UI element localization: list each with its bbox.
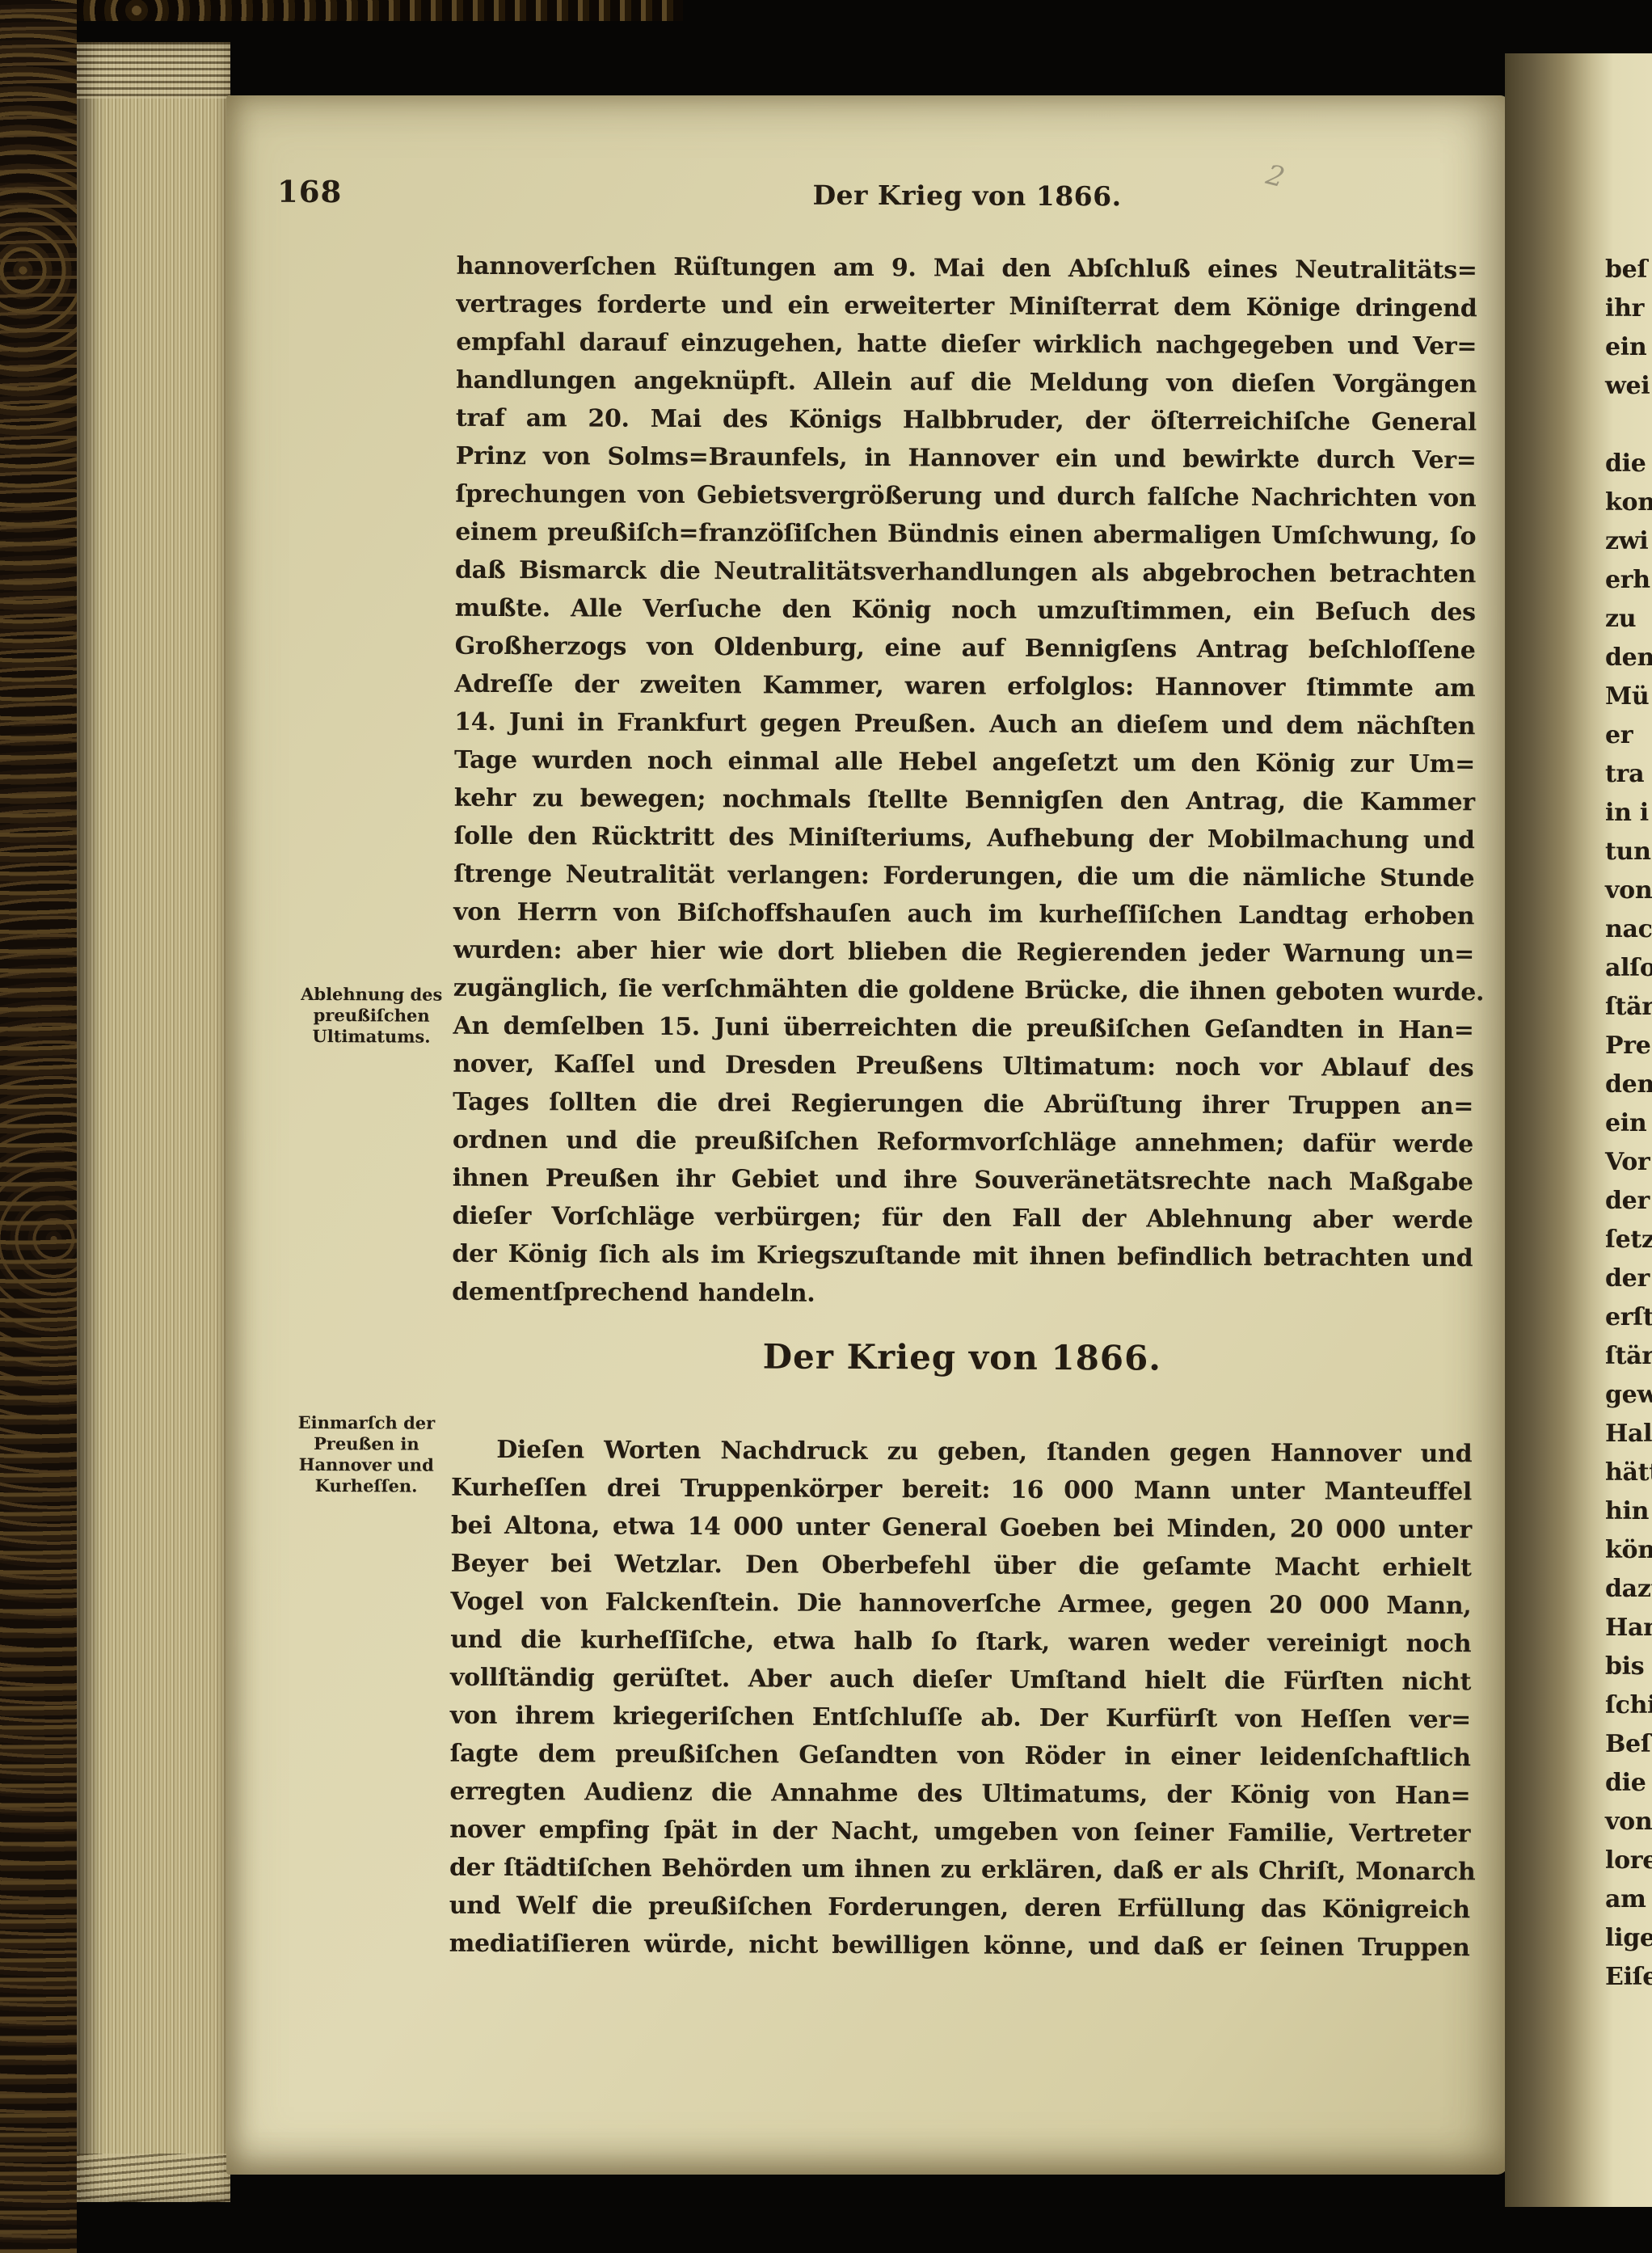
text-fragment: Mü bbox=[1605, 677, 1652, 716]
text-line: einem preußiſch=franzöſiſchen Bündnis ei… bbox=[455, 513, 1476, 556]
text-line: von ihrem kriegeriſchen Entſchluſſe ab. … bbox=[450, 1697, 1471, 1740]
book-page: 168 Der Krieg von 1866. 2 Ablehnung desp… bbox=[226, 95, 1508, 2175]
text-line: hannoverſchen Rüſtungen am 9. Mai den Ab… bbox=[457, 247, 1477, 290]
text-fragment: Pre bbox=[1605, 1027, 1652, 1065]
text-fragment: ihr bbox=[1605, 289, 1652, 328]
text-line: der ſtädtiſchen Behörden um ihnen zu erk… bbox=[449, 1849, 1470, 1892]
text-line: handlungen angeknüpft. Allein auf die Me… bbox=[456, 361, 1477, 404]
page-body: hannoverſchen Rüſtungen am 9. Mai den Ab… bbox=[449, 247, 1477, 1967]
text-fragment: den bbox=[1605, 1065, 1652, 1104]
text-fragment: Vor bbox=[1605, 1143, 1652, 1182]
text-fragment: ſtär bbox=[1605, 1337, 1652, 1376]
text-fragment: tun bbox=[1605, 833, 1652, 871]
margin-note-einmarsch: Einmarſch derPreußen inHannover undKurhe… bbox=[283, 1412, 449, 1497]
text-fragment: beſ bbox=[1605, 251, 1652, 289]
text-line: ſtrenge Neutralität verlangen: Forderung… bbox=[453, 855, 1474, 898]
text-line: mußte. Alle Verſuche den König noch umzu… bbox=[455, 589, 1476, 632]
text-line: ordnen und die preußiſchen Reformvorſchl… bbox=[453, 1121, 1473, 1164]
text-fragment: kön bbox=[1605, 1531, 1652, 1570]
text-fragment: ſtär bbox=[1605, 988, 1652, 1027]
text-line: von Herrn von Biſchoffshauſen auch im ku… bbox=[453, 893, 1474, 936]
next-page-sliver: beſihreinweidiekonzwierhzudenMüertrain i… bbox=[1505, 53, 1652, 2207]
text-line: nover empfing ſpät in der Nacht, umgeben… bbox=[449, 1811, 1470, 1854]
text-fragment: Han bbox=[1605, 1609, 1652, 1648]
text-fragment: er bbox=[1605, 716, 1652, 755]
text-fragment: in i bbox=[1605, 794, 1652, 833]
text-fragment: lore bbox=[1605, 1842, 1652, 1880]
page-number: 168 bbox=[277, 174, 342, 209]
text-line: vollſtändig gerüſtet. Aber auch dieſer U… bbox=[450, 1659, 1471, 1702]
text-fragment: kon bbox=[1605, 483, 1652, 522]
text-line: zugänglich, ſie verſchmähten die goldene… bbox=[453, 969, 1474, 1012]
text-fragment: alſo bbox=[1605, 949, 1652, 988]
book-cover-spine bbox=[0, 0, 77, 2253]
text-fragment: gew bbox=[1605, 1376, 1652, 1415]
text-line: ſprechungen von Gebietsvergrößerung und … bbox=[455, 475, 1476, 518]
text-fragment: tra bbox=[1605, 755, 1652, 794]
text-fragment: der bbox=[1605, 1259, 1652, 1298]
text-fragment: zu bbox=[1605, 600, 1652, 639]
text-fragment: von bbox=[1605, 1803, 1652, 1842]
text-fragment: die bbox=[1605, 445, 1652, 483]
text-fragment: ſchie bbox=[1605, 1686, 1652, 1725]
margin-note-line: Preußen in bbox=[283, 1433, 449, 1455]
text-fragment: wei bbox=[1605, 367, 1652, 406]
paragraph-einmarsch: Dieſen Worten Nachdruck zu geben, ſtande… bbox=[449, 1431, 1473, 1968]
text-line: dieſer Vorſchläge verbürgen; für den Fal… bbox=[452, 1197, 1473, 1240]
text-fragment: Hal bbox=[1605, 1415, 1652, 1453]
text-line: Tages ſollten die drei Regierungen die A… bbox=[453, 1083, 1473, 1126]
text-fragment: die bbox=[1605, 1764, 1652, 1803]
text-line: und Welf die preußiſchen Forderungen, de… bbox=[449, 1887, 1470, 1930]
paragraph-ultimatum: hannoverſchen Rüſtungen am 9. Mai den Ab… bbox=[452, 247, 1477, 1315]
next-page-text-fragments: beſihreinweidiekonzwierhzudenMüertrain i… bbox=[1605, 251, 1652, 1997]
text-line: Kurheſſen drei Truppenkörper bereit: 16 … bbox=[451, 1469, 1472, 1512]
text-line: erregten Audienz die Annahme des Ultimat… bbox=[449, 1773, 1470, 1816]
book-cover-top-edge bbox=[0, 0, 683, 21]
text-line: vertrages forderte und ein erweiterter M… bbox=[456, 285, 1477, 328]
text-fragment: dazu bbox=[1605, 1570, 1652, 1609]
text-fragment: lige bbox=[1605, 1919, 1652, 1958]
text-line: Großherzogs von Oldenburg, eine auf Benn… bbox=[455, 627, 1476, 670]
text-line: bei Altona, etwa 14 000 unter General Go… bbox=[451, 1507, 1472, 1550]
text-line: Dieſen Worten Nachdruck zu geben, ſtande… bbox=[451, 1431, 1472, 1474]
margin-note-line: Hannover und bbox=[283, 1454, 449, 1476]
page-edge-stack bbox=[77, 42, 230, 2202]
text-fragment: ein bbox=[1605, 328, 1652, 367]
text-line: der König ſich als im Kriegszuſtande mit… bbox=[452, 1235, 1473, 1278]
text-line: ſolle den Rücktritt des Miniſteriums, Au… bbox=[454, 817, 1475, 860]
margin-note-line: Kurheſſen. bbox=[283, 1475, 449, 1497]
margin-note-line: Ablehnung des bbox=[289, 984, 455, 1006]
text-line: Prinz von Solms=Braunfels, in Hannover e… bbox=[456, 437, 1477, 480]
text-fragment: nach bbox=[1605, 910, 1652, 949]
section-heading: Der Krieg von 1866. bbox=[452, 1332, 1473, 1384]
text-line: 14. Juni in Frankfurt gegen Preußen. Auc… bbox=[454, 703, 1475, 746]
text-fragment: den bbox=[1605, 639, 1652, 677]
text-fragment: zwi bbox=[1605, 522, 1652, 561]
text-line: Adreſſe der zweiten Kammer, waren erfolg… bbox=[454, 665, 1475, 708]
text-line: ſagte dem preußiſchen Geſandten von Röde… bbox=[450, 1735, 1471, 1778]
text-line: nover, Kaſſel und Dresden Preußens Ultim… bbox=[453, 1045, 1473, 1088]
text-fragment: der bbox=[1605, 1182, 1652, 1221]
text-line: An demſelben 15. Juni überreichten die p… bbox=[453, 1007, 1473, 1050]
text-fragment: hin bbox=[1605, 1492, 1652, 1531]
margin-note-line: Ultimatums. bbox=[288, 1026, 454, 1048]
text-fragment: erh bbox=[1605, 561, 1652, 600]
text-line: empfahl darauf einzugehen, hatte dieſer … bbox=[456, 323, 1477, 366]
text-line: Vogel von Falckenſtein. Die hannoverſche… bbox=[450, 1583, 1471, 1626]
running-header: Der Krieg von 1866. bbox=[457, 178, 1477, 214]
text-line: mediatiſieren würde, nicht bewilligen kö… bbox=[449, 1925, 1470, 1968]
text-line: und die kurheſſiſche, etwa halb ſo ſtark… bbox=[450, 1621, 1471, 1664]
margin-note-line: Einmarſch der bbox=[283, 1412, 449, 1434]
text-fragment: bis bbox=[1605, 1648, 1652, 1686]
text-line: daß Bismarck die Neutralitätsverhandlung… bbox=[455, 551, 1476, 594]
text-line: kehr zu bewegen; nochmals ſtellte Bennig… bbox=[454, 779, 1475, 822]
text-fragment: erſt bbox=[1605, 1298, 1652, 1337]
book-scan: 168 Der Krieg von 1866. 2 Ablehnung desp… bbox=[0, 0, 1652, 2253]
text-line: Beyer bei Wetzlar. Den Oberbefehl über d… bbox=[451, 1545, 1472, 1588]
text-fragment: hätt bbox=[1605, 1453, 1652, 1492]
margin-note-line: preußiſchen bbox=[289, 1005, 455, 1027]
text-line: Tage wurden noch einmal alle Hebel angeſ… bbox=[454, 741, 1475, 784]
text-fragment: ein bbox=[1605, 1104, 1652, 1143]
text-line: traf am 20. Mai des Königs Halbbruder, d… bbox=[456, 399, 1477, 442]
text-fragment: Beſ bbox=[1605, 1725, 1652, 1764]
text-fragment: von bbox=[1605, 871, 1652, 910]
text-line: dementſprechend handeln. bbox=[452, 1273, 1473, 1316]
page-text-layer: 168 Der Krieg von 1866. 2 Ablehnung desp… bbox=[221, 93, 1512, 2178]
text-fragment: Eiſe bbox=[1605, 1958, 1652, 1997]
text-line: ihnen Preußen ihr Gebiet und ihre Souver… bbox=[453, 1159, 1473, 1202]
text-fragment: ſetzt bbox=[1605, 1221, 1652, 1259]
margin-note-ultimatum: Ablehnung despreußiſchenUltimatums. bbox=[288, 984, 454, 1048]
text-fragment: am bbox=[1605, 1880, 1652, 1919]
text-line: wurden: aber hier wie dort blieben die R… bbox=[453, 931, 1474, 974]
text-fragment bbox=[1605, 406, 1652, 445]
